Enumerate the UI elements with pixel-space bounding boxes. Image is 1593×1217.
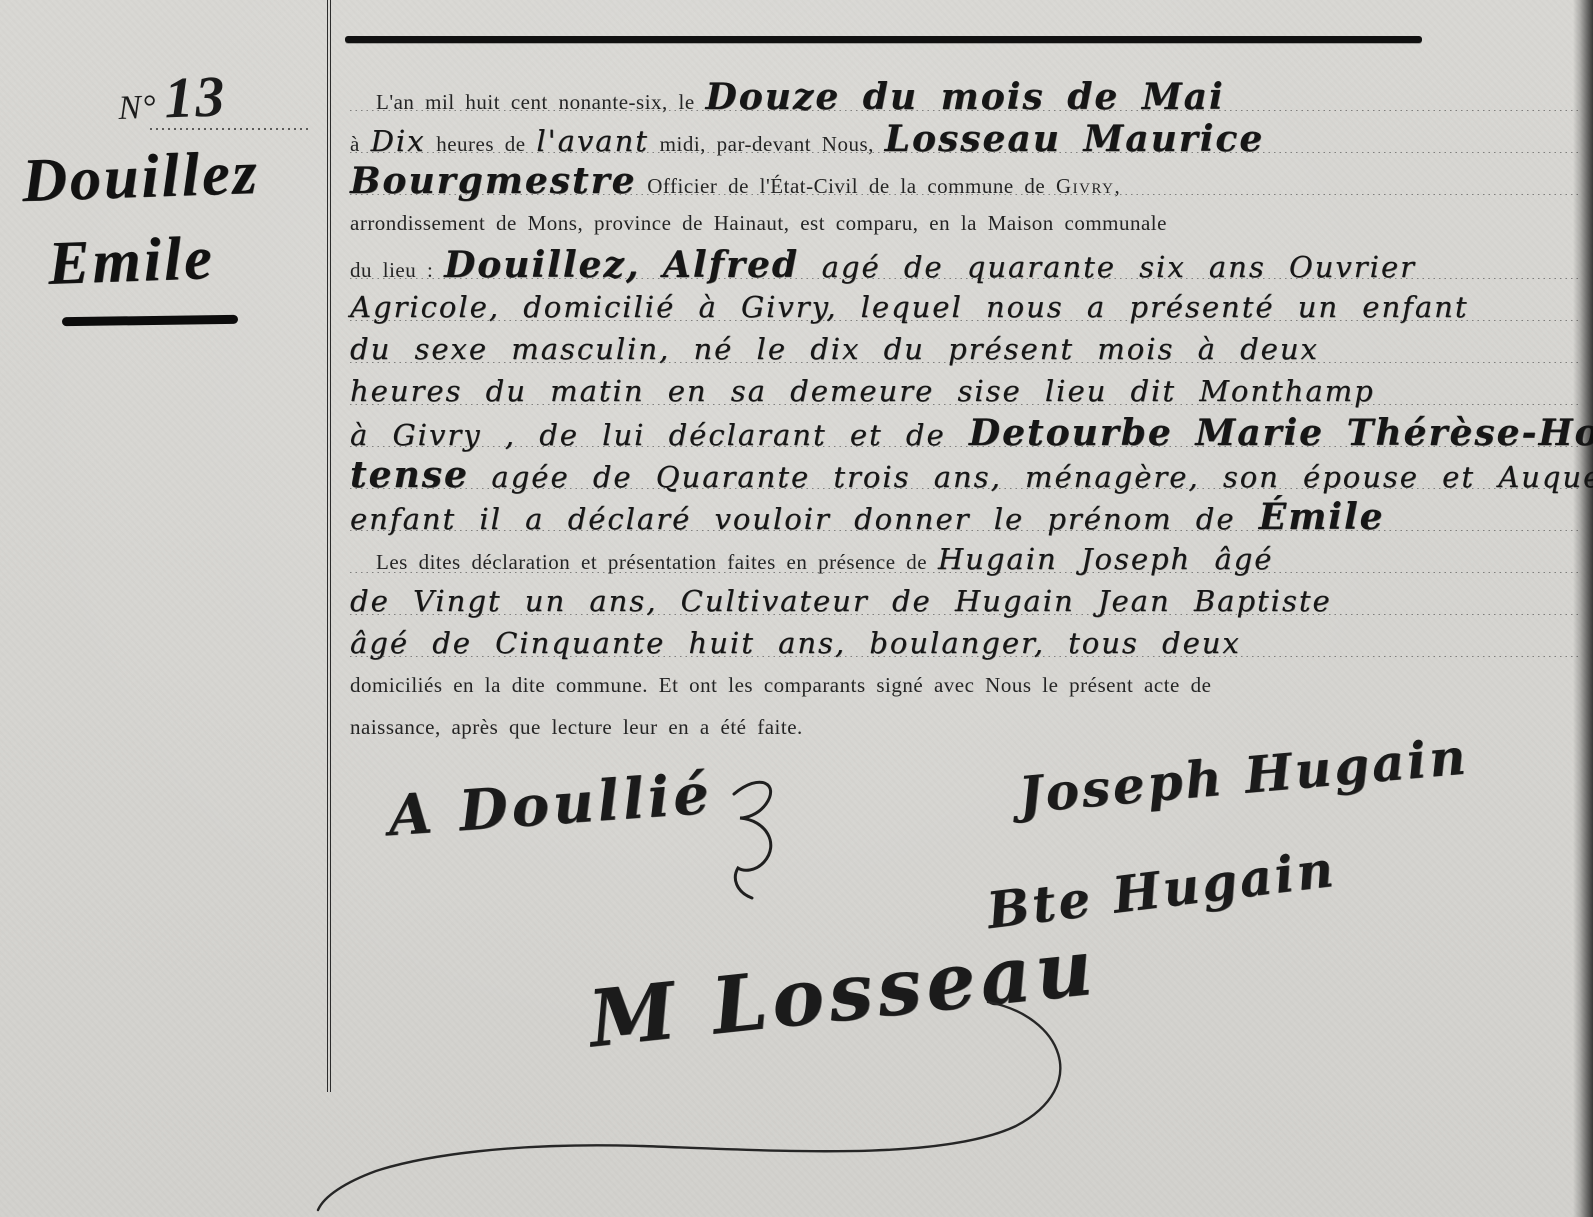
act-body: L'an mil huit cent nonante-six, le Douze…	[350, 76, 1582, 748]
handwritten-text: Douillez, Alfred	[444, 244, 822, 286]
margin-surname: Douillez	[21, 138, 261, 217]
declarant-paraph-flourish	[722, 766, 792, 916]
act-number-dotted-rule	[150, 128, 310, 130]
act-line: enfant il a déclaré vouloir donner le pr…	[350, 496, 1582, 538]
act-line: L'an mil huit cent nonante-six, le Douze…	[350, 76, 1582, 118]
printed-text: heures de	[425, 132, 536, 156]
handwritten-text: agée de Quarante trois ans, ménagère, so…	[491, 460, 1593, 494]
handwritten-text: enfant il a déclaré vouloir donner le pr…	[350, 502, 1259, 536]
act-number-value: 13	[155, 63, 235, 131]
handwritten-text: Bourgmestre	[350, 160, 637, 202]
act-line: Les dites déclaration et présentation fa…	[350, 538, 1582, 580]
margin-underline-stroke	[62, 315, 238, 326]
margin-separator-rule	[327, 0, 331, 1092]
handwritten-text: Hugain Joseph âgé	[938, 542, 1274, 576]
handwritten-text: âgé de Cinquante huit ans, boulanger, to…	[350, 626, 1241, 660]
handwritten-text: Losseau Maurice	[885, 118, 1265, 160]
margin-given-name: Emile	[47, 223, 216, 300]
printed-text: du lieu :	[350, 258, 444, 282]
act-number: N°13	[117, 62, 236, 133]
handwritten-text: de Vingt un ans, Cultivateur de Hugain J…	[350, 584, 1332, 618]
handwritten-text: heures du matin en sa demeure sise lieu …	[350, 374, 1375, 408]
signature-declarant: A Doullié	[386, 761, 715, 850]
handwritten-text: Douze du mois de Mai	[705, 76, 1224, 118]
act-line: arrondissement de Mons, province de Hain…	[350, 202, 1582, 244]
act-line: à Givry , de lui déclarant et de Detourb…	[350, 412, 1582, 454]
printed-text: midi, par-devant Nous,	[649, 132, 885, 156]
printed-text: Givry	[1056, 174, 1115, 198]
act-top-rule	[345, 36, 1422, 43]
act-line: tense agée de Quarante trois ans, ménagè…	[350, 454, 1582, 496]
act-line: du sexe masculin, né le dix du présent m…	[350, 328, 1582, 370]
printed-text: Les dites déclaration et présentation fa…	[376, 550, 938, 574]
officer-signature-flourish	[300, 958, 1100, 1217]
printed-text: ,	[1114, 174, 1120, 198]
handwritten-text: à Givry , de lui déclarant et de	[350, 418, 969, 452]
handwritten-text: tense	[350, 454, 491, 496]
handwritten-text: Detourbe Marie Thérèse-Hor-	[969, 412, 1593, 454]
handwritten-text: agé de quarante six ans Ouvrier	[822, 250, 1416, 284]
handwritten-text: Dix	[371, 124, 426, 158]
act-line: Bourgmestre Officier de l'État-Civil de …	[350, 160, 1582, 202]
act-line: heures du matin en sa demeure sise lieu …	[350, 370, 1582, 412]
act-line: à Dix heures de l'avant midi, par-devant…	[350, 118, 1582, 160]
handwritten-text: du sexe masculin, né le dix du présent m…	[350, 332, 1319, 366]
act-line: Agricole, domicilié à Givry, lequel nous…	[350, 286, 1582, 328]
act-line: âgé de Cinquante huit ans, boulanger, to…	[350, 622, 1582, 664]
handwritten-text: Agricole, domicilié à Givry, lequel nous…	[350, 290, 1469, 324]
signature-witness-2: Bte Hugain	[984, 839, 1339, 940]
act-number-prefix: N°	[118, 89, 158, 127]
act-line: de Vingt un ans, Cultivateur de Hugain J…	[350, 580, 1582, 622]
printed-text: Officier de l'État-Civil de la commune d…	[637, 174, 1056, 198]
printed-text: naissance, après que lecture leur en a é…	[350, 715, 803, 739]
printed-text: à	[350, 132, 371, 156]
handwritten-text: Émile	[1259, 496, 1385, 538]
page-edge-shadow	[1573, 0, 1593, 1217]
printed-text: domiciliés en la dite commune. Et ont le…	[350, 673, 1211, 697]
act-line: domiciliés en la dite commune. Et ont le…	[350, 664, 1582, 706]
printed-text: L'an mil huit cent nonante-six, le	[376, 90, 705, 114]
act-line: du lieu : Douillez, Alfred agé de quaran…	[350, 244, 1582, 286]
printed-text: arrondissement de Mons, province de Hain…	[350, 211, 1167, 235]
handwritten-text: l'avant	[536, 124, 649, 158]
birth-act-scan-page: N°13 Douillez Emile L'an mil huit cent n…	[0, 0, 1593, 1217]
